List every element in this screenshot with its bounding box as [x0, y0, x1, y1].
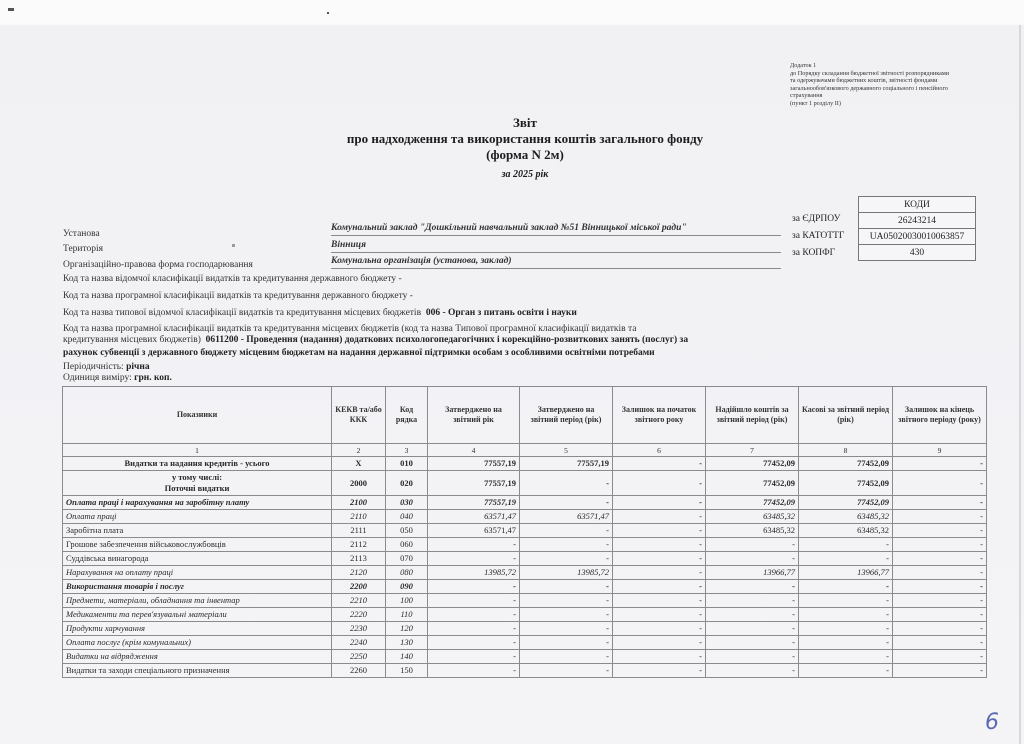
org-form-value: Комунальна організація (установа, заклад… [331, 255, 781, 269]
received-period: - [706, 650, 799, 664]
row-name: Видатки та надання кредитів - усього [63, 457, 332, 471]
annex-line: Додаток 1 [790, 62, 995, 70]
institution-label: Установа [63, 229, 100, 239]
col-header: Надійшло коштів за звітний період (рік) [706, 387, 799, 444]
approved-period: - [520, 552, 613, 566]
title-line-3: (форма N 2м) [290, 147, 760, 163]
approved-period: - [520, 580, 613, 594]
edrpou-label: за ЄДРПОУ [792, 214, 840, 224]
row-kekv: 2250 [332, 650, 386, 664]
row-kekv: 2230 [332, 622, 386, 636]
received-period: - [706, 636, 799, 650]
cash-period: - [799, 538, 893, 552]
approved-period: 77557,19 [520, 457, 613, 471]
kopfg-value: 430 [859, 245, 976, 261]
column-number-row: 1 2 3 4 5 6 7 8 9 [63, 444, 987, 457]
org-form-label: Організаційно-правова форма господарюван… [63, 260, 253, 270]
approved-year: 63571,47 [428, 510, 520, 524]
cash-period: - [799, 552, 893, 566]
approved-year: - [428, 594, 520, 608]
cash-period: 77452,09 [799, 471, 893, 496]
approved-year: - [428, 580, 520, 594]
row-code: 110 [386, 608, 428, 622]
row-code: 130 [386, 636, 428, 650]
approved-year: - [428, 608, 520, 622]
received-period: 77452,09 [706, 496, 799, 510]
row-name: Оплата послуг (крім комунальних) [63, 636, 332, 650]
received-period: 77452,09 [706, 471, 799, 496]
table-row: Оплата праці і нарахування на заробітну … [63, 496, 987, 510]
row-kekv: 2120 [332, 566, 386, 580]
prog-class-local-1: Код та назва програмної класифікації вид… [63, 324, 636, 334]
table-row: Продукти харчування2230120------ [63, 622, 987, 636]
approved-period: - [520, 594, 613, 608]
page-edge [1019, 25, 1021, 744]
cash-period: 63485,32 [799, 510, 893, 524]
col-header: КЕКВ та/або ККК [332, 387, 386, 444]
approved-period: 63571,47 [520, 510, 613, 524]
row-name: Предмети, матеріали, обладнання та інвен… [63, 594, 332, 608]
col-header: Код рядка [386, 387, 428, 444]
row-code: 020 [386, 471, 428, 496]
prog-class-local-2-value: 0611200 - Проведення (надання) додаткови… [206, 335, 689, 345]
col-number: 1 [63, 444, 332, 457]
approved-period: - [520, 664, 613, 678]
table-row: Предмети, матеріали, обладнання та інвен… [63, 594, 987, 608]
table-row: Суддівська винагорода2113070------ [63, 552, 987, 566]
periodicity: Періодичність: річна [63, 362, 150, 372]
codes-header: КОДИ [859, 197, 976, 213]
row-kekv: 2110 [332, 510, 386, 524]
annex-note: Додаток 1 до Порядку складання бюджетної… [790, 62, 995, 108]
balance-start: - [613, 552, 706, 566]
table-row: у тому числі: Поточні видатки20000207755… [63, 471, 987, 496]
balance-end: - [893, 622, 987, 636]
row-name: Суддівська винагорода [63, 552, 332, 566]
balance-end: - [893, 650, 987, 664]
approved-period: - [520, 538, 613, 552]
balance-end: - [893, 594, 987, 608]
report-table: Показники КЕКВ та/або ККК Код рядка Затв… [62, 386, 987, 678]
approved-period: - [520, 496, 613, 510]
balance-start: - [613, 650, 706, 664]
approved-period: - [520, 622, 613, 636]
table-row: Медикаменти та перев'язувальні матеріали… [63, 608, 987, 622]
annex-line: до Порядку складання бюджетної звітності… [790, 70, 995, 78]
approved-period: - [520, 524, 613, 538]
balance-end: - [893, 524, 987, 538]
row-name: Видатки на відрядження [63, 650, 332, 664]
kopfg-label: за КОПФГ [792, 248, 835, 258]
report-period: за 2025 рік [290, 167, 760, 183]
row-name: Видатки та заходи спеціального призначен… [63, 664, 332, 678]
balance-end: - [893, 664, 987, 678]
row-name: Медикаменти та перев'язувальні матеріали [63, 608, 332, 622]
dept-class-local-value: 006 - Орган з питань освіти і науки [426, 308, 577, 318]
col-header: Касові за звітний період (рік) [799, 387, 893, 444]
cash-period: - [799, 664, 893, 678]
row-kekv: X [332, 457, 386, 471]
approved-year: - [428, 552, 520, 566]
scanned-page: Додаток 1 до Порядку складання бюджетної… [0, 0, 1024, 744]
annex-line: загальнообов'язкового державного соціаль… [790, 85, 995, 93]
territory-value: Вінниця [331, 239, 781, 253]
row-name: Нарахування на оплату праці [63, 566, 332, 580]
prog-class-local-2-label: кредитування місцевих бюджетів) [63, 335, 201, 345]
annex-line: та одержувачами бюджетних коштів, звітно… [790, 77, 995, 85]
received-period: - [706, 594, 799, 608]
row-code: 090 [386, 580, 428, 594]
balance-start: - [613, 664, 706, 678]
scan-speck [8, 8, 14, 11]
balance-end: - [893, 608, 987, 622]
unit: Одиниця виміру: грн. коп. [63, 373, 172, 383]
row-name: Оплата праці і нарахування на заробітну … [63, 496, 332, 510]
received-period: 63485,32 [706, 510, 799, 524]
approved-year: 77557,19 [428, 471, 520, 496]
approved-year: - [428, 664, 520, 678]
row-kekv: 2220 [332, 608, 386, 622]
katottg-value: UA05020030010063857 [859, 229, 976, 245]
row-kekv: 2260 [332, 664, 386, 678]
report-title: Звіт про надходження та використання кош… [290, 115, 760, 183]
cash-period: - [799, 650, 893, 664]
table-row: Нарахування на оплату праці212008013985,… [63, 566, 987, 580]
col-number: 9 [893, 444, 987, 457]
row-name: Заробітна плата [63, 524, 332, 538]
table-row: Видатки та надання кредитів - усьогоX010… [63, 457, 987, 471]
row-kekv: 2240 [332, 636, 386, 650]
table-header-row: Показники КЕКВ та/або ККК Код рядка Затв… [63, 387, 987, 444]
received-period: - [706, 538, 799, 552]
col-header: Затверджено на звітний період (рік) [520, 387, 613, 444]
approved-period: 13985,72 [520, 566, 613, 580]
col-header: Показники [63, 387, 332, 444]
cash-period: - [799, 594, 893, 608]
balance-start: - [613, 636, 706, 650]
table-body: Видатки та надання кредитів - усьогоX010… [63, 457, 987, 678]
territory-label: Територія [63, 244, 103, 254]
balance-end: - [893, 457, 987, 471]
cash-period: - [799, 636, 893, 650]
approved-period: - [520, 636, 613, 650]
balance-start: - [613, 538, 706, 552]
received-period: - [706, 622, 799, 636]
received-period: 63485,32 [706, 524, 799, 538]
institution-value: Комунальний заклад "Дошкільний навчальни… [331, 222, 781, 236]
scan-speck [232, 244, 235, 247]
row-code: 100 [386, 594, 428, 608]
cash-period: 63485,32 [799, 524, 893, 538]
dept-class-local: Код та назва типової відомчої класифікац… [63, 308, 577, 318]
row-code: 050 [386, 524, 428, 538]
row-code: 040 [386, 510, 428, 524]
col-number: 8 [799, 444, 893, 457]
balance-end: - [893, 538, 987, 552]
table-row: Заробітна плата211105063571,47--63485,32… [63, 524, 987, 538]
approved-period: - [520, 650, 613, 664]
cash-period: - [799, 622, 893, 636]
prog-class-local-3-value: рахунок субвенції з державного бюджету м… [63, 348, 655, 358]
row-code: 070 [386, 552, 428, 566]
scan-speck [327, 12, 329, 14]
row-kekv: 2113 [332, 552, 386, 566]
row-name: Грошове забезпечення військовослужбовців [63, 538, 332, 552]
cash-period: 77452,09 [799, 457, 893, 471]
approved-year: - [428, 538, 520, 552]
annex-line: страхування [790, 92, 995, 100]
codes-table: КОДИ 26243214 UA05020030010063857 430 [858, 196, 976, 261]
row-name: Оплата праці [63, 510, 332, 524]
edrpou-value: 26243214 [859, 213, 976, 229]
cash-period: - [799, 608, 893, 622]
balance-start: - [613, 580, 706, 594]
col-header: Затверджено на звітний рік [428, 387, 520, 444]
table-row: Видатки на відрядження2250140------ [63, 650, 987, 664]
balance-start: - [613, 524, 706, 538]
balance-start: - [613, 496, 706, 510]
approved-year: - [428, 650, 520, 664]
approved-year: - [428, 636, 520, 650]
row-code: 140 [386, 650, 428, 664]
approved-year: - [428, 622, 520, 636]
dept-class-local-label: Код та назва типової відомчої класифікац… [63, 308, 421, 318]
row-code: 080 [386, 566, 428, 580]
row-name: у тому числі: Поточні видатки [63, 471, 332, 496]
col-number: 7 [706, 444, 799, 457]
col-header: Залишок на початок звітного року [613, 387, 706, 444]
katottg-label: за КАТОТТГ [792, 231, 844, 241]
received-period: - [706, 608, 799, 622]
balance-end: - [893, 636, 987, 650]
approved-year: 13985,72 [428, 566, 520, 580]
balance-end: - [893, 496, 987, 510]
balance-start: - [613, 510, 706, 524]
received-period: 77452,09 [706, 457, 799, 471]
row-name: Продукти харчування [63, 622, 332, 636]
unit-value: грн. коп. [134, 373, 172, 383]
balance-start: - [613, 622, 706, 636]
row-code: 150 [386, 664, 428, 678]
table-row: Оплата праці211004063571,4763571,47-6348… [63, 510, 987, 524]
prog-class-state: Код та назва програмної класифікації вид… [63, 291, 413, 301]
approved-year: 77557,19 [428, 496, 520, 510]
row-kekv: 2200 [332, 580, 386, 594]
cash-period: 77452,09 [799, 496, 893, 510]
col-number: 5 [520, 444, 613, 457]
prog-class-local-3: рахунок субвенції з державного бюджету м… [63, 348, 655, 358]
approved-period: - [520, 608, 613, 622]
approved-year: 63571,47 [428, 524, 520, 538]
row-kekv: 2210 [332, 594, 386, 608]
balance-end: - [893, 510, 987, 524]
cash-period: 13966,77 [799, 566, 893, 580]
balance-end: - [893, 566, 987, 580]
periodicity-value: річна [126, 362, 150, 372]
received-period: 13966,77 [706, 566, 799, 580]
row-code: 030 [386, 496, 428, 510]
col-number: 4 [428, 444, 520, 457]
approved-period: - [520, 471, 613, 496]
row-name: Використання товарів і послуг [63, 580, 332, 594]
table-row: Грошове забезпечення військовослужбовців… [63, 538, 987, 552]
balance-end: - [893, 580, 987, 594]
dept-class-state: Код та назва відомчої класифікації видат… [63, 274, 402, 284]
row-kekv: 2000 [332, 471, 386, 496]
row-code: 120 [386, 622, 428, 636]
handwritten-page-number: 6 [985, 710, 999, 735]
prog-class-local-2: кредитування місцевих бюджетів) 0611200 … [63, 335, 688, 345]
balance-start: - [613, 594, 706, 608]
received-period: - [706, 580, 799, 594]
unit-label: Одиниця виміру: [63, 373, 132, 383]
annex-line: (пункт 1 розділу II) [790, 100, 995, 108]
col-number: 2 [332, 444, 386, 457]
col-number: 6 [613, 444, 706, 457]
col-header: Залишок на кінець звітного періоду (року… [893, 387, 987, 444]
cash-period: - [799, 580, 893, 594]
balance-start: - [613, 566, 706, 580]
balance-start: - [613, 471, 706, 496]
balance-start: - [613, 608, 706, 622]
row-code: 060 [386, 538, 428, 552]
balance-start: - [613, 457, 706, 471]
title-line-2: про надходження та використання коштів з… [290, 131, 760, 147]
periodicity-label: Періодичність: [63, 362, 124, 372]
balance-end: - [893, 471, 987, 496]
balance-end: - [893, 552, 987, 566]
approved-year: 77557,19 [428, 457, 520, 471]
row-kekv: 2111 [332, 524, 386, 538]
table-row: Видатки та заходи спеціального призначен… [63, 664, 987, 678]
table-row: Оплата послуг (крім комунальних)2240130-… [63, 636, 987, 650]
table-row: Використання товарів і послуг2200090----… [63, 580, 987, 594]
title-line-1: Звіт [290, 115, 760, 131]
col-number: 3 [386, 444, 428, 457]
received-period: - [706, 664, 799, 678]
row-code: 010 [386, 457, 428, 471]
row-kekv: 2100 [332, 496, 386, 510]
received-period: - [706, 552, 799, 566]
row-kekv: 2112 [332, 538, 386, 552]
